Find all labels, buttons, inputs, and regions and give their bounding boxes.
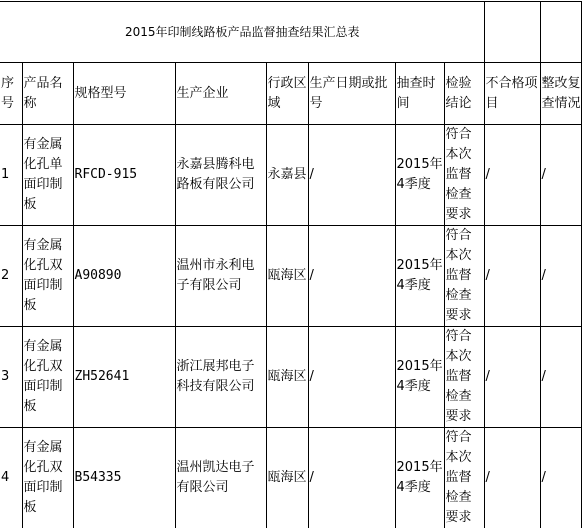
cell-conclusion: 符合本次监督检查要求 [444,327,484,428]
cell-inspection-time: 2015年4季度 [395,428,444,528]
header-row: 序号 产品名称 规格型号 生产企业 行政区域 生产日期或批号 抽查时间 检验结论… [0,63,581,125]
cell-failed-items: / [484,125,540,226]
cell-rectification: / [540,226,581,327]
header-inspection-time: 抽查时间 [395,63,444,125]
cell-model: B54335 [73,428,175,528]
header-company: 生产企业 [175,63,266,125]
cell-index: 1 [0,125,22,226]
header-product: 产品名称 [22,63,73,125]
cell-failed-items: / [484,428,540,528]
cell-product: 有金属化孔单面印制板 [22,125,73,226]
cell-index: 2 [0,226,22,327]
header-conclusion: 检验结论 [444,63,484,125]
header-batch: 生产日期或批号 [308,63,395,125]
cell-conclusion: 符合本次监督检查要求 [444,428,484,528]
empty-header-cell [484,2,540,63]
cell-region: 永嘉县 [266,125,308,226]
cell-inspection-time: 2015年4季度 [395,327,444,428]
cell-failed-items: / [484,327,540,428]
table-title: 2015年印制线路板产品监督抽查结果汇总表 [0,2,484,63]
cell-company: 永嘉县腾科电路板有限公司 [175,125,266,226]
table-row: 2 有金属化孔双面印制板 A90890 温州市永利电子有限公司 瓯海区 / 20… [0,226,581,327]
cell-product: 有金属化孔双面印制板 [22,428,73,528]
empty-header-cell [540,2,581,63]
cell-batch: / [308,327,395,428]
cell-company: 温州凯达电子有限公司 [175,428,266,528]
cell-batch: / [308,428,395,528]
cell-inspection-time: 2015年4季度 [395,125,444,226]
title-row: 2015年印制线路板产品监督抽查结果汇总表 [0,2,581,63]
cell-region: 瓯海区 [266,226,308,327]
cell-index: 4 [0,428,22,528]
cell-rectification: / [540,428,581,528]
cell-conclusion: 符合本次监督检查要求 [444,125,484,226]
cell-conclusion: 符合本次监督检查要求 [444,226,484,327]
header-failed-items: 不合格项目 [484,63,540,125]
table-row: 4 有金属化孔双面印制板 B54335 温州凯达电子有限公司 瓯海区 / 201… [0,428,581,528]
cell-batch: / [308,125,395,226]
cell-region: 瓯海区 [266,327,308,428]
header-region: 行政区域 [266,63,308,125]
cell-model: ZH52641 [73,327,175,428]
cell-product: 有金属化孔双面印制板 [22,327,73,428]
cell-company: 温州市永利电子有限公司 [175,226,266,327]
header-model: 规格型号 [73,63,175,125]
cell-batch: / [308,226,395,327]
cell-model: A90890 [73,226,175,327]
cell-model: RFCD-915 [73,125,175,226]
header-rectification: 整改复查情况 [540,63,581,125]
table-row: 1 有金属化孔单面印制板 RFCD-915 永嘉县腾科电路板有限公司 永嘉县 /… [0,125,581,226]
cell-product: 有金属化孔双面印制板 [22,226,73,327]
header-index: 序号 [0,63,22,125]
inspection-results-table: 2015年印制线路板产品监督抽查结果汇总表 序号 产品名称 规格型号 生产企业 … [0,1,582,528]
table-row: 3 有金属化孔双面印制板 ZH52641 浙江展邦电子科技有限公司 瓯海区 / … [0,327,581,428]
cell-index: 3 [0,327,22,428]
cell-company: 浙江展邦电子科技有限公司 [175,327,266,428]
cell-rectification: / [540,125,581,226]
cell-inspection-time: 2015年4季度 [395,226,444,327]
cell-rectification: / [540,327,581,428]
cell-failed-items: / [484,226,540,327]
cell-region: 瓯海区 [266,428,308,528]
